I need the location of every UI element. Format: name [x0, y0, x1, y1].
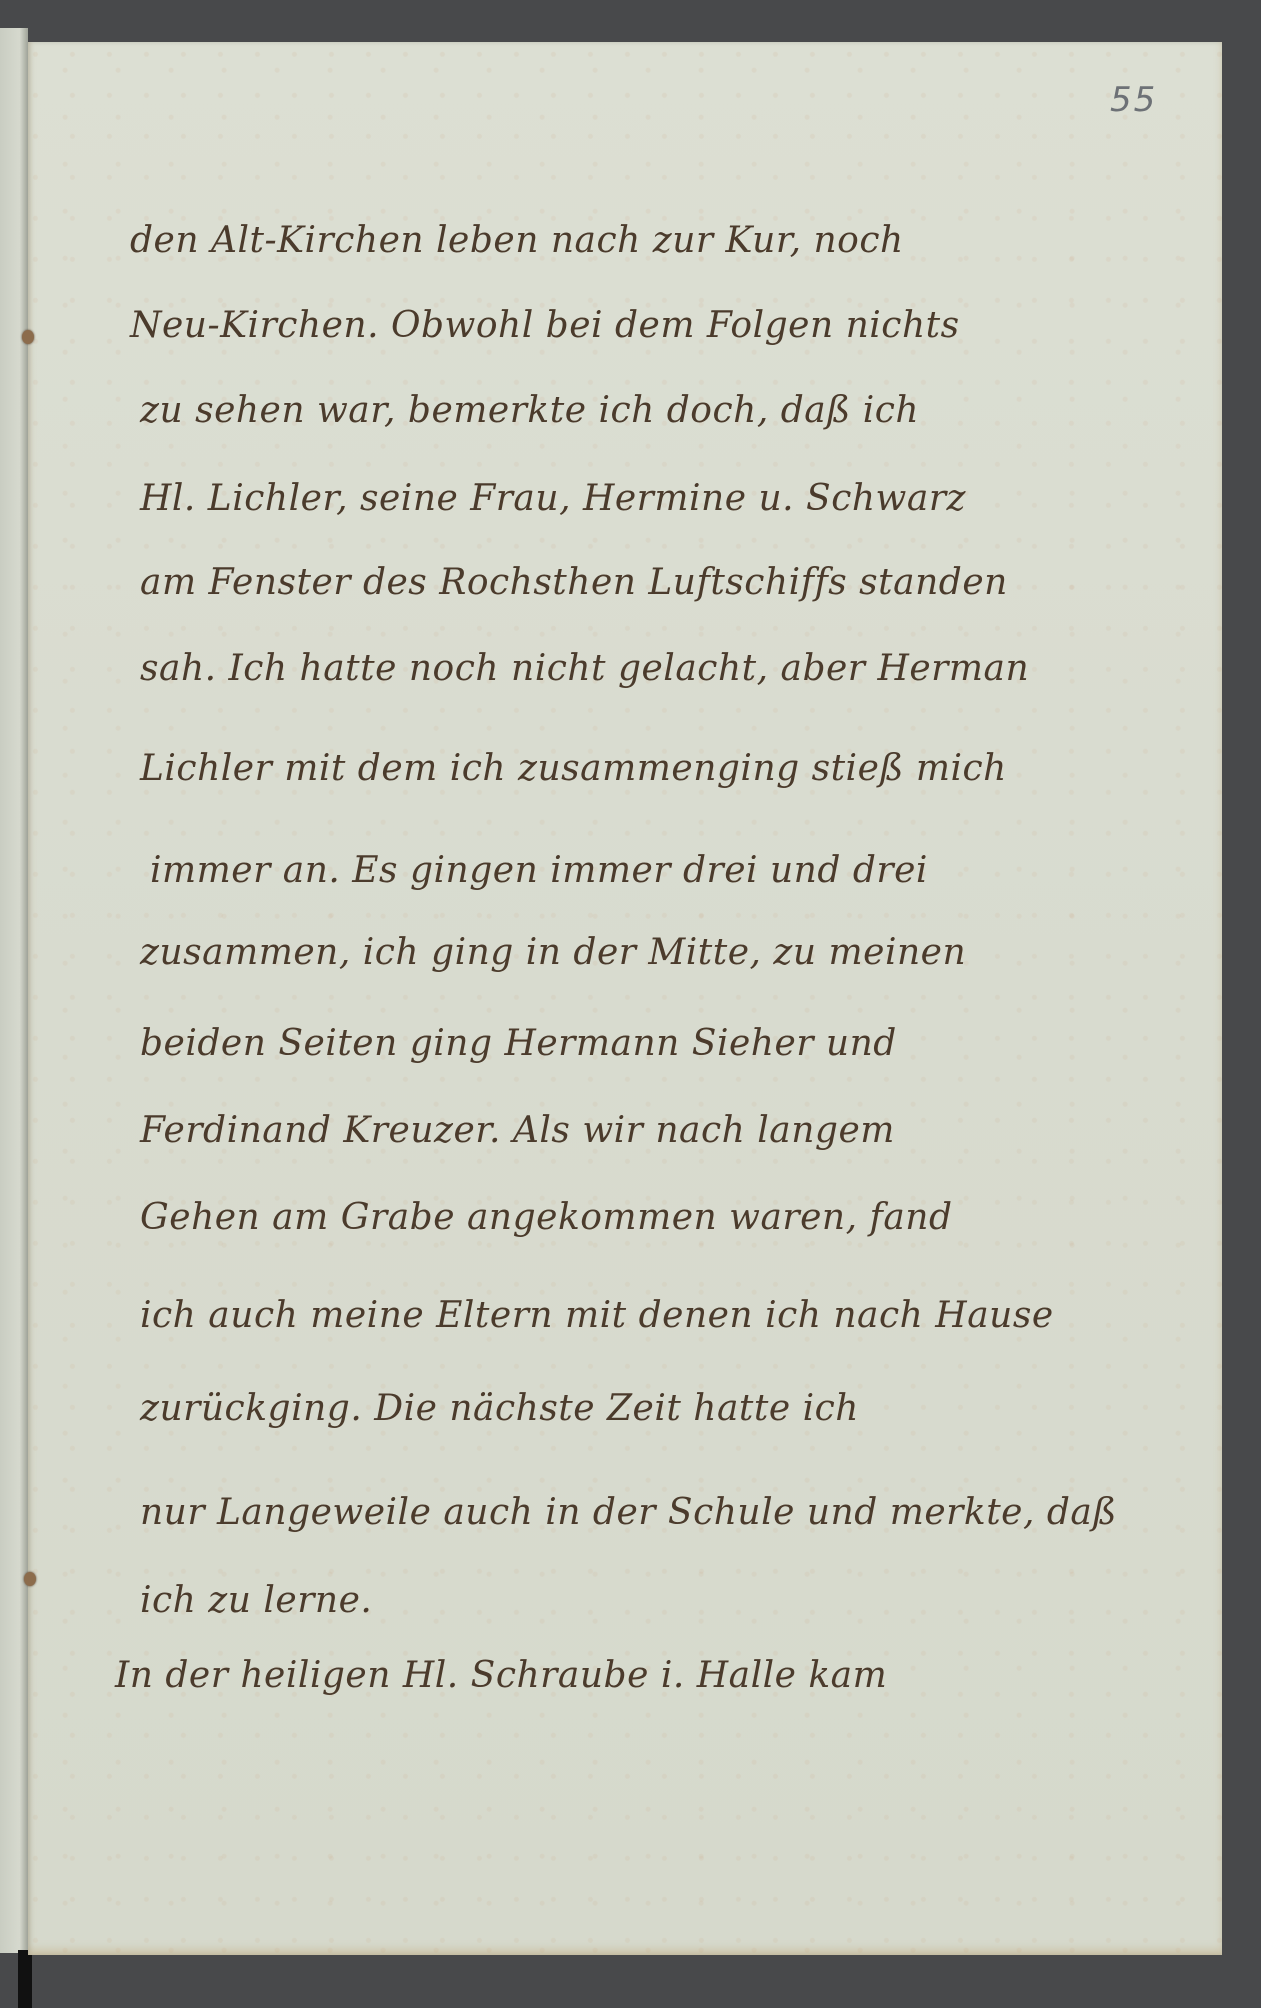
text-line: den Alt-Kirchen leben nach zur Kur, noch: [130, 220, 904, 261]
text-line: sah. Ich hatte noch nicht gelacht, aber …: [140, 648, 1029, 689]
text-line: immer an. Es gingen immer drei und drei: [150, 850, 928, 891]
text-line: Gehen am Grabe angekommen waren, fand: [140, 1197, 953, 1238]
text-line: zu sehen war, bemerkte ich doch, daß ich: [140, 390, 919, 431]
text-line: zurückging. Die nächste Zeit hatte ich: [140, 1388, 859, 1429]
handwritten-text-block: den Alt-Kirchen leben nach zur Kur, noch…: [0, 0, 1261, 2008]
text-line: zusammen, ich ging in der Mitte, zu mein…: [140, 932, 966, 973]
text-line: ich zu lerne.: [140, 1580, 372, 1621]
text-line: Hl. Lichler, seine Frau, Hermine u. Schw…: [140, 478, 966, 519]
text-line: Neu-Kirchen. Obwohl bei dem Folgen nicht…: [130, 305, 960, 346]
text-line: ich auch meine Eltern mit denen ich nach…: [140, 1295, 1054, 1336]
text-line: Ferdinand Kreuzer. Als wir nach langem: [140, 1110, 895, 1151]
text-line: Lichler mit dem ich zusammenging stieß m…: [140, 748, 1007, 789]
text-line: In der heiligen Hl. Schraube i. Halle ka…: [115, 1655, 887, 1696]
text-line: am Fenster des Rochsthen Luftschiffs sta…: [140, 562, 1008, 603]
text-line: beiden Seiten ging Hermann Sieher und: [140, 1023, 897, 1064]
text-line: nur Langeweile auch in der Schule und me…: [140, 1492, 1117, 1533]
